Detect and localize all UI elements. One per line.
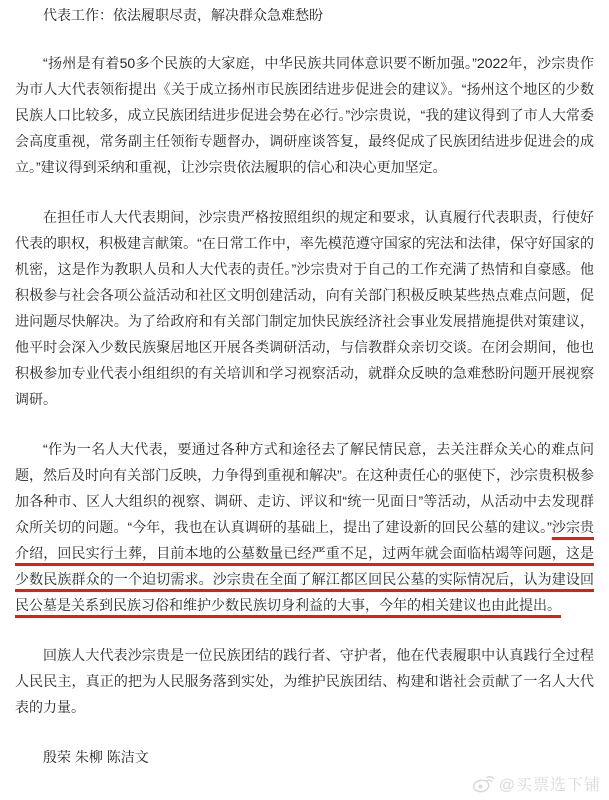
paragraph-3: “作为一名人大代表，要通过各种方式和途径去了解民情民意，去关注群众关心的难点问题… (15, 436, 594, 618)
article-page: 代表工作：依法履职尽责，解决群众急难愁盼 “扬州是有着50多个民族的大家庭，中华… (0, 0, 609, 770)
paragraph-4: 回族人大代表沙宗贵是一位民族团结的践行者、守护者，他在代表履职中认真践行全过程人… (15, 642, 594, 720)
article-title: 代表工作：依法履职尽责，解决群众急难愁盼 (15, 2, 594, 28)
paragraph-2: 在担任市人大代表期间，沙宗贵严格按照组织的规定和要求，认真履行代表职责，行使好代… (15, 204, 594, 412)
paragraph-3-normal-text: “作为一名人大代表，要通过各种方式和途径去了解民情民意，去关注群众关心的难点问题… (15, 441, 594, 535)
byline-authors: 殷荣 朱柳 陈洁文 (15, 744, 594, 770)
weibo-icon (471, 774, 495, 794)
paragraph-1: “扬州是有着50多个民族的大家庭，中华民族共同体意识要不断加强。”2022年，沙… (15, 50, 594, 180)
weibo-watermark: @买票选下铺 (471, 772, 601, 795)
watermark-text: @买票选下铺 (499, 772, 601, 795)
